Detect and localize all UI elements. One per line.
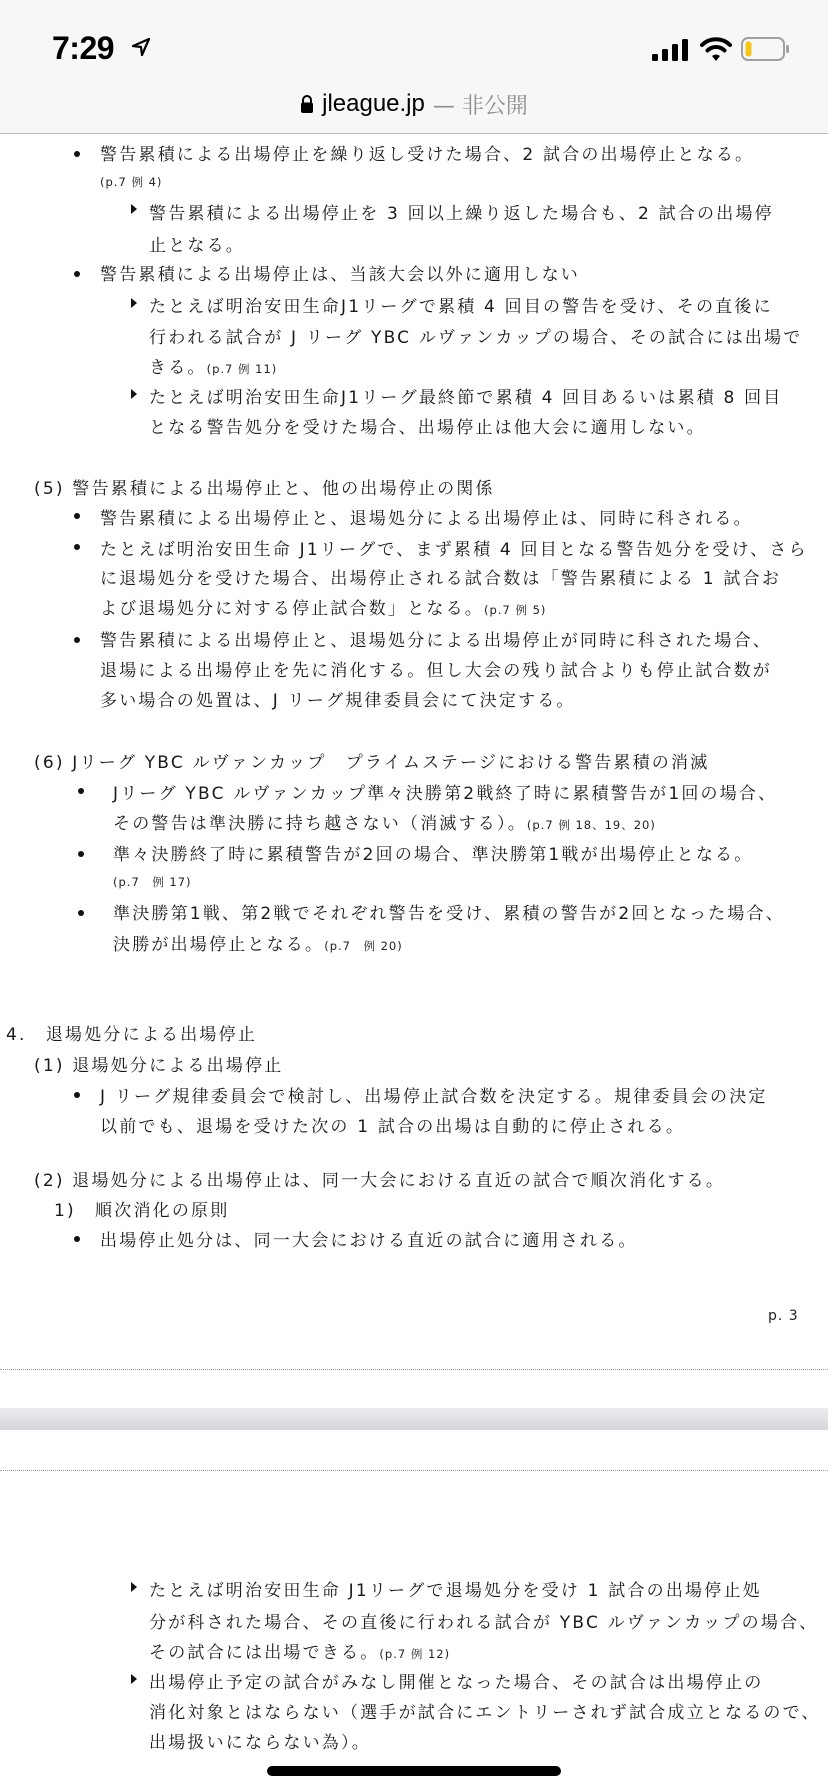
text-line: J リーグ規律委員会で検討し、出場停止試合数を決定する。規律委員会の決定 [100,1082,768,1107]
bullet-icon [74,1236,80,1242]
text-line: 出場扱いにならない為）。 [149,1728,371,1753]
text-line: その試合には出場できる。(p.7 例 12) [149,1638,450,1663]
bullet-icon [74,637,80,643]
triangle-bullet-icon [131,298,137,308]
text-line: 警告累積による出場停止は、当該大会以外に適用しない [100,260,580,285]
url-privacy-label: — 非公開 [433,89,528,120]
page-number: p. 3 [768,1308,799,1324]
text-line: たとえば明治安田生命J1リーグで累積 4 回目の警告を受け、その直後に [149,292,773,317]
location-arrow-icon [130,36,152,58]
page-border-bottom [0,1369,828,1370]
bullet-icon [78,851,84,857]
url-bar[interactable]: jleague.jp — 非公開 [0,88,828,134]
text-line: 分が科された場合、その直後に行われる試合が YBC ルヴァンカップの場合、 [149,1608,818,1633]
text-line: 以前でも、退場を受けた次の 1 試合の出場は自動的に停止される。 [100,1112,685,1137]
subsection-heading: 1) 順次消化の原則 [54,1196,229,1221]
battery-low-icon [741,37,789,61]
text-line: たとえば明治安田生命 J1リーグで、まず累積 4 回目となる警告処分を受け、さら [100,535,808,560]
section-heading: (6) Jリーグ YBC ルヴァンカップ プライムステージにおける警告累積の消滅 [34,748,709,773]
bullet-icon [78,910,84,916]
text-line: 警告累積による出場停止と、退場処分による出場停止は、同時に科される。 [100,504,753,529]
bullet-icon [74,271,80,277]
wifi-icon [700,36,732,62]
bullet-icon [74,544,80,550]
status-bar: 7:29 [0,0,828,88]
lock-icon [300,94,314,114]
text-line: 出場停止予定の試合がみなし開催となった場合、その試合は出場停止の [149,1668,763,1693]
reference-note: (p.7 例 11) [207,362,278,376]
bullet-icon [74,513,80,519]
page-border-top [0,1470,828,1471]
section-heading: (5) 警告累積による出場停止と、他の出場停止の関係 [34,474,495,499]
triangle-bullet-icon [131,389,137,399]
text-line: 止となる。 [149,231,245,256]
reference-note: (p.7 例 18、19、20) [527,818,656,832]
reference-note: (p.7 例 20) [324,939,403,953]
reference-note: (p.7 例 12) [379,1647,450,1661]
text-line: 警告累積による出場停止を 3 回以上繰り返した場合も、2 試合の出場停 [149,199,774,224]
reference-note: (p.7 例 5) [484,603,546,617]
text-line: よび退場処分に対する停止試合数」となる。(p.7 例 5) [100,594,546,619]
home-indicator[interactable] [267,1766,561,1776]
text-line: たとえば明治安田生命 J1リーグで退場処分を受け 1 試合の出場停止処 [149,1576,762,1601]
bullet-icon [74,1092,80,1098]
text-line: 行われる試合が J リーグ YBC ルヴァンカップの場合、その試合には出場で [149,323,803,348]
text-line: 消化対象とはならない（選手が試合にエントリーされず試合成立となるので、 [149,1698,821,1723]
bullet-icon [78,788,84,794]
text-line: Jリーグ YBC ルヴァンカップ準々決勝第2戦終了時に累積警告が1回の場合、 [113,779,777,804]
page-separator [0,1408,828,1430]
triangle-bullet-icon [131,1582,137,1592]
url-domain: jleague.jp [322,90,425,118]
text-line: きる。(p.7 例 11) [149,353,277,378]
status-time: 7:29 [52,30,114,67]
text-line: その警告は準決勝に持ち越さない（消滅する）。(p.7 例 18、19、20) [113,809,656,834]
text-line: たとえば明治安田生命J1リーグ最終節で累積 4 回目あるいは累積 8 回目 [149,383,782,408]
text-line: 多い場合の処置は、J リーグ規律委員会にて決定する。 [100,686,576,711]
reference-note: (p.7 例 4) [100,174,162,190]
reference-note: (p.7 例 17) [113,874,192,890]
text-line: 出場停止処分は、同一大会における直近の試合に適用される。 [100,1226,638,1251]
text-line: 決勝が出場停止となる。(p.7 例 20) [113,930,403,955]
text-line: 退場による出場停止を先に消化する。但し大会の残り試合よりも停止試合数が [100,656,772,681]
triangle-bullet-icon [131,1674,137,1684]
text-line: 警告累積による出場停止と、退場処分による出場停止が同時に科された場合、 [100,626,772,651]
triangle-bullet-icon [131,204,137,214]
bullet-icon [74,151,80,157]
text-line: 準々決勝終了時に累積警告が2回の場合、準決勝第1戦が出場停止となる。 [113,840,753,865]
section-heading: (2) 退場処分による出場停止は、同一大会における直近の試合で順次消化する。 [34,1166,725,1191]
text-line: となる警告処分を受けた場合、出場停止は他大会に適用しない。 [149,413,706,438]
text-line: 準決勝第1戦、第2戦でそれぞれ警告を受け、累積の警告が2回となった場合、 [113,899,785,924]
chapter-heading: 4. 退場処分による出場停止 [6,1020,257,1045]
section-heading: (1) 退場処分による出場停止 [34,1051,283,1076]
cellular-signal-icon [652,39,690,61]
text-line: に退場処分を受けた場合、出場停止される試合数は「警告累積による 1 試合お [100,564,781,589]
text-line: 警告累積による出場停止を繰り返し受けた場合、2 試合の出場停止となる。 [100,140,754,165]
